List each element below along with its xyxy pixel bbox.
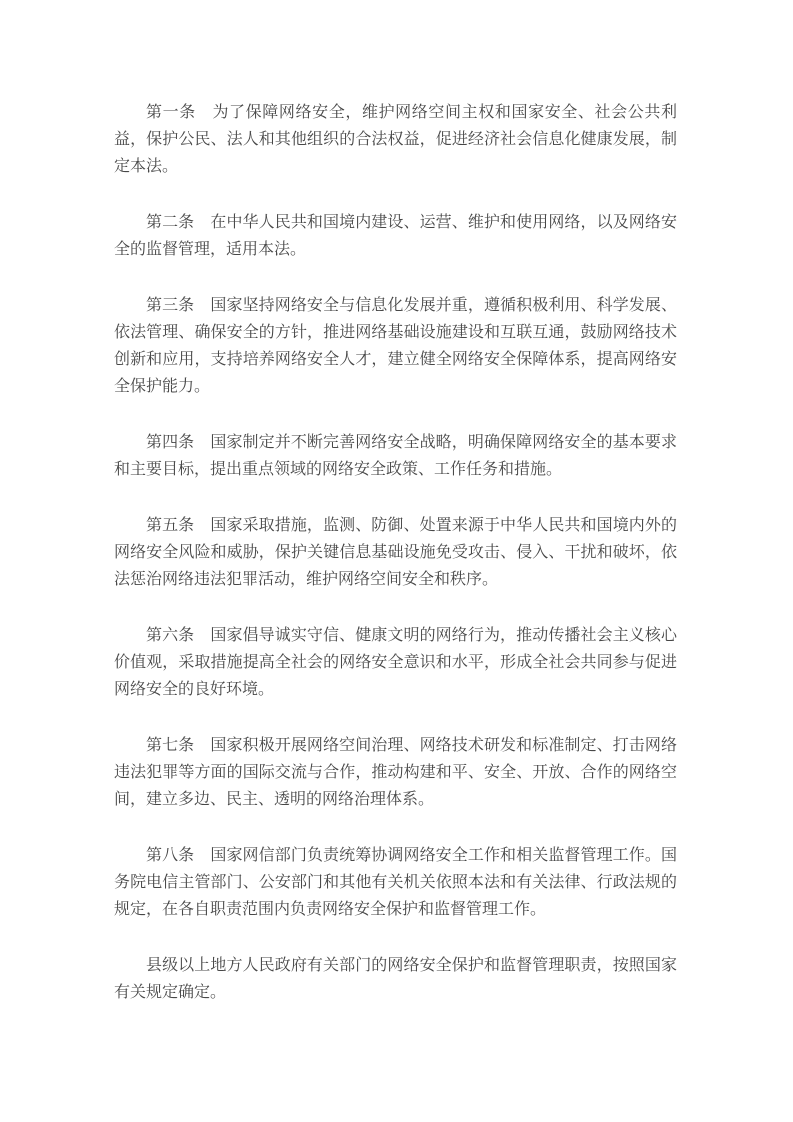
paragraph-article-7: 第七条 国家积极开展网络空间治理、网络技术研发和标准制定、打击网络违法犯罪等方面… (114, 732, 677, 813)
paragraph-article-2: 第二条 在中华人民共和国境内建设、运营、维护和使用网络，以及网络安全的监督管理，… (114, 209, 677, 263)
paragraph-article-8: 第八条 国家网信部门负责统筹协调网络安全工作和相关监督管理工作。国务院电信主管部… (114, 842, 677, 923)
paragraph-article-5: 第五条 国家采取措施，监测、防御、处置来源于中华人民共和国境内外的网络安全风险和… (114, 512, 677, 593)
paragraph-article-8-paragraph-2: 县级以上地方人民政府有关部门的网络安全保护和监督管理职责，按照国家有关规定确定。 (114, 952, 677, 1006)
paragraph-article-4: 第四条 国家制定并不断完善网络安全战略，明确保障网络安全的基本要求和主要目标，提… (114, 429, 677, 483)
paragraph-article-3: 第三条 国家坚持网络安全与信息化发展并重，遵循积极利用、科学发展、依法管理、确保… (114, 292, 677, 400)
paragraph-article-6: 第六条 国家倡导诚实守信、健康文明的网络行为，推动传播社会主义核心价值观，采取措… (114, 622, 677, 703)
document-page: 第一条 为了保障网络安全，维护网络空间主权和国家安全、社会公共利益，保护公民、法… (0, 0, 793, 1122)
paragraph-article-1: 第一条 为了保障网络安全，维护网络空间主权和国家安全、社会公共利益，保护公民、法… (114, 99, 677, 180)
